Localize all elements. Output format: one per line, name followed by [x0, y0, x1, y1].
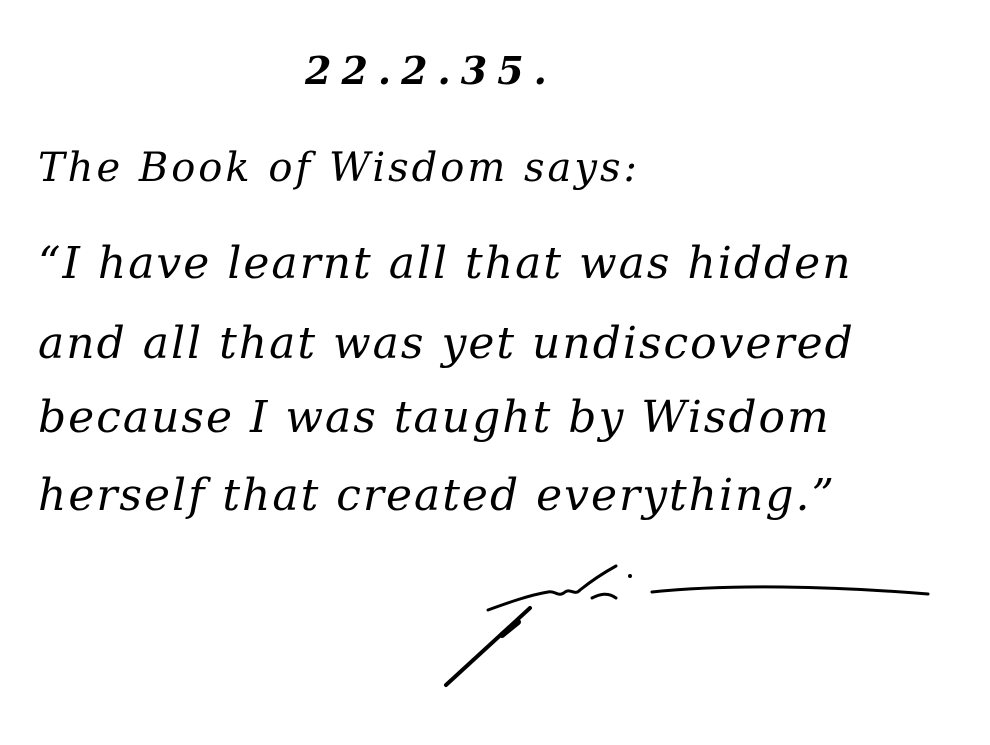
quote-line-1: “I have learnt all that was hidden — [38, 238, 853, 289]
signature — [430, 540, 960, 700]
quote-line-4: herself that created everything.” — [38, 470, 836, 521]
quote-line-3: because I was taught by Wisdom — [38, 392, 831, 443]
quote-line-2: and all that was yet undiscovered — [38, 318, 855, 369]
note-heading: The Book of Wisdom says: — [38, 145, 640, 191]
handwritten-note: 22.2.35. The Book of Wisdom says: “I hav… — [0, 0, 990, 745]
note-date: 22.2.35. — [305, 48, 557, 93]
